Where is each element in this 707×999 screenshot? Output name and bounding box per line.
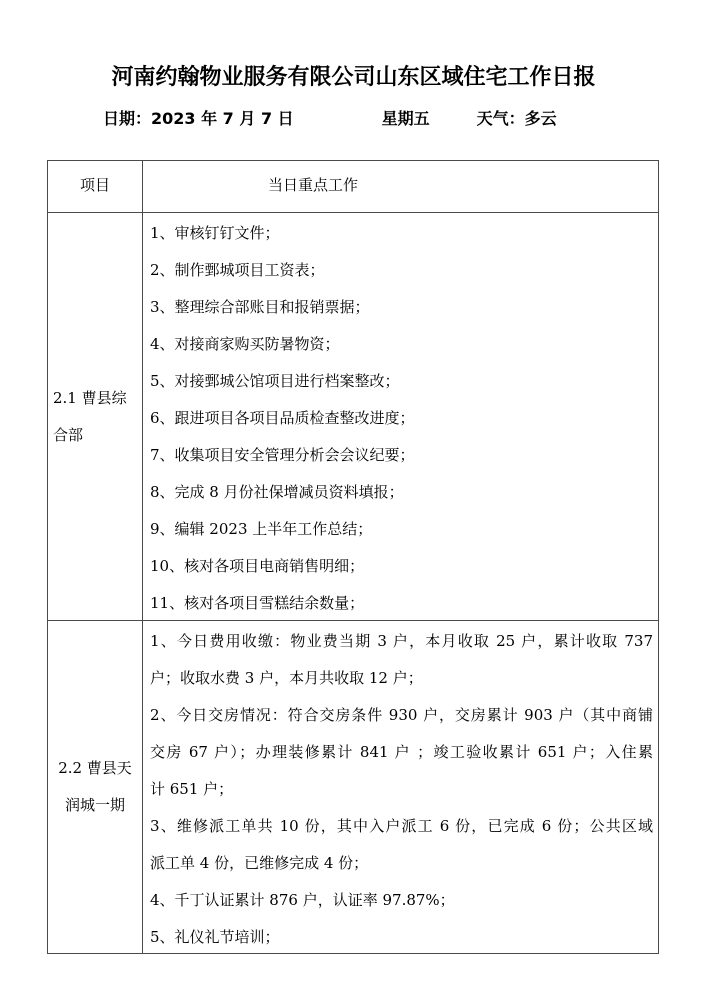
work-item-continuation: 户；收取水费 3 户，本月共收取 12 户； — [150, 660, 653, 697]
header-cell-project: 项目 — [48, 161, 143, 213]
project-name-line: 合部 — [53, 417, 138, 454]
work-item: 6、跟进项目各项目品质检查整改进度； — [150, 400, 653, 437]
work-report-table: 项目 当日重点工作 2.1 曹县综 合部 1、审核钉钉文件； 2、制作鄄城项目工… — [47, 160, 659, 954]
work-item: 3、整理综合部账目和报销票据； — [150, 289, 653, 326]
work-item: 1、审核钉钉文件； — [150, 215, 653, 252]
page-title: 河南约翰物业服务有限公司山东区域住宅工作日报 — [0, 62, 707, 94]
work-item: 8、完成 8 月份社保增减员资料填报； — [150, 474, 653, 511]
date-label: 日期：2023 年 7 月 7 日 — [103, 109, 294, 128]
work-item: 4、对接商家购买防暑物资； — [150, 326, 653, 363]
header-cell-work: 当日重点工作 — [143, 161, 659, 213]
work-item: 9、编辑 2023 上半年工作总结； — [150, 511, 653, 548]
date-line: 日期：2023 年 7 月 7 日星期五天气：多云 — [103, 106, 557, 132]
work-cell-caoxian-zonghebu: 1、审核钉钉文件； 2、制作鄄城项目工资表； 3、整理综合部账目和报销票据； 4… — [143, 213, 659, 621]
work-item: 5、对接鄄城公馆项目进行档案整改； — [150, 363, 653, 400]
work-item: 1、今日费用收缴：物业费当期 3 户，本月收取 25 户，累计收取 737 — [150, 623, 653, 660]
project-name-line: 2.2 曹县天 — [52, 750, 138, 787]
weather-label: 天气：多云 — [477, 109, 557, 128]
work-item-continuation: 派工单 4 份，已维修完成 4 份； — [150, 845, 653, 882]
weekday-label: 星期五 — [382, 109, 430, 128]
daily-report-document: 河南约翰物业服务有限公司山东区域住宅工作日报 日期：2023 年 7 月 7 日… — [0, 0, 707, 999]
work-item: 3、维修派工单共 10 份，其中入户派工 6 份，已完成 6 份；公共区域 — [150, 808, 653, 845]
work-item: 2、制作鄄城项目工资表； — [150, 252, 653, 289]
work-item: 5、礼仪礼节培训； — [150, 919, 653, 954]
project-name-line: 润城一期 — [52, 787, 138, 824]
work-item-continuation: 计 651 户； — [150, 771, 653, 808]
work-item: 7、收集项目安全管理分析会会议纪要； — [150, 437, 653, 474]
work-item: 11、核对各项目雪糕结余数量； — [150, 585, 653, 621]
project-name-line: 2.1 曹县综 — [53, 380, 138, 417]
work-item: 10、核对各项目电商销售明细； — [150, 548, 653, 585]
project-cell-caoxian-tianrun: 2.2 曹县天 润城一期 — [48, 621, 143, 954]
work-cell-caoxian-tianrun: 1、今日费用收缴：物业费当期 3 户，本月收取 25 户，累计收取 737 户；… — [143, 621, 659, 954]
work-item: 2、今日交房情况：符合交房条件 930 户，交房累计 903 户（其中商铺 — [150, 697, 653, 734]
project-cell-caoxian-zonghebu: 2.1 曹县综 合部 — [48, 213, 143, 621]
work-item-continuation: 交房 67 户）；办理装修累计 841 户 ；竣工验收累计 651 户；入住累 — [150, 734, 653, 771]
work-item: 4、千丁认证累计 876 户，认证率 97.87%； — [150, 882, 653, 919]
